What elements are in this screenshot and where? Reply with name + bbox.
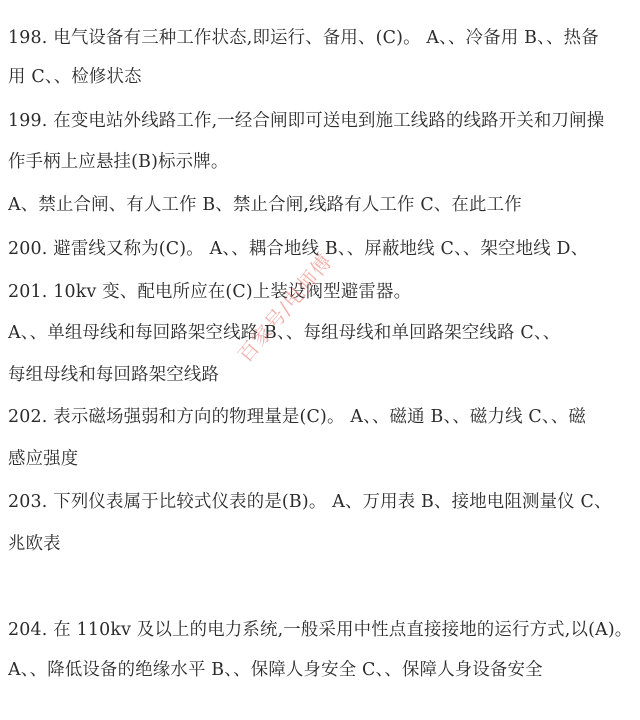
q204-line-1: 204. 在 110kv 及以上的电力系统,一般采用中性点直接接地的运行方式,以… <box>8 618 636 642</box>
q199-line-2: 作手柄上应悬挂(B)标示牌。 <box>8 150 636 174</box>
q199-line-1: 199. 在变电站外线路工作,一经合闸即可送电到施工线路的线路开关和刀闸操 <box>8 109 636 133</box>
q202-line-1: 202. 表示磁场强弱和方向的物理量是(C)。 A、、磁通 B、、磁力线 C、、… <box>8 405 636 429</box>
q202-line-2: 感应强度 <box>8 447 636 471</box>
q204-options: A、、降低设备的绝缘水平 B、、保障人身安全 C、、保障人身设备安全 <box>8 658 636 682</box>
document-page: 198. 电气设备有三种工作状态,即运行、备用、(C)。 A、、冷备用 B、、热… <box>0 0 640 720</box>
q198-line-1: 198. 电气设备有三种工作状态,即运行、备用、(C)。 A、、冷备用 B、、热… <box>8 26 636 50</box>
q199-options: A、禁止合闸、有人工作 B、禁止合闸,线路有人工作 C、在此工作 <box>8 193 636 217</box>
q201-options-1: A、、单组母线和每回路架空线路 B、、每组母线和单回路架空线路 C、、 <box>8 321 636 345</box>
q201-options-2: 每组母线和每回路架空线路 <box>8 363 636 387</box>
q203-line-1: 203. 下列仪表属于比较式仪表的是(B)。 A、万用表 B、接地电阻测量仪 C… <box>8 490 636 514</box>
q198-line-2: 用 C、、检修状态 <box>8 65 636 89</box>
q200-line: 200. 避雷线又称为(C)。 A、、耦合地线 B、、屏蔽地线 C、、架空地线 … <box>8 237 636 261</box>
q201-line-1: 201. 10kv 变、配电所应在(C)上装设阀型避雷器。 <box>8 280 636 304</box>
q203-line-2: 兆欧表 <box>8 532 636 556</box>
